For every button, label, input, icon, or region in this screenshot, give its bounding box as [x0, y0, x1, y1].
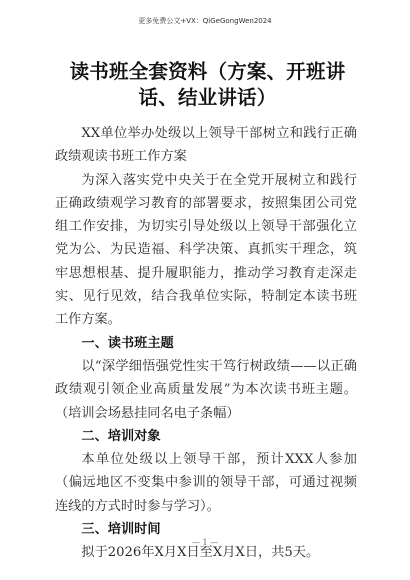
- section-paragraph-theme: 以“深学细悟强党性实干笃行树政绩——以正确政绩观引领企业高质量发展”为本次读书班…: [55, 355, 357, 425]
- intro-paragraph: 为深入落实党中央关于在全党开展树立和践行正确政绩观学习教育的部署要求，按照集团公…: [55, 169, 357, 332]
- document-body: XX单位举办处级以上领导干部树立和践行正确政绩观读书班工作方案 为深入落实党中央…: [55, 122, 357, 565]
- page-number: — 1 —: [0, 538, 410, 547]
- document-title: 读书班全套资料（方案、开班讲话、结业讲话）: [55, 59, 360, 111]
- section-heading-participants: 二、培训对象: [55, 425, 357, 448]
- section-heading-theme: 一、读书班主题: [55, 332, 357, 355]
- section-paragraph-participants: 本单位处级以上领导干部，预计XXX人参加（偏远地区不变集中参训的领导干部，可通过…: [55, 448, 357, 518]
- plan-title-paragraph: XX单位举办处级以上领导干部树立和践行正确政绩观读书班工作方案: [55, 122, 357, 169]
- page-header: 更多免费公文+VX：QiGeGongWen2024: [0, 16, 410, 26]
